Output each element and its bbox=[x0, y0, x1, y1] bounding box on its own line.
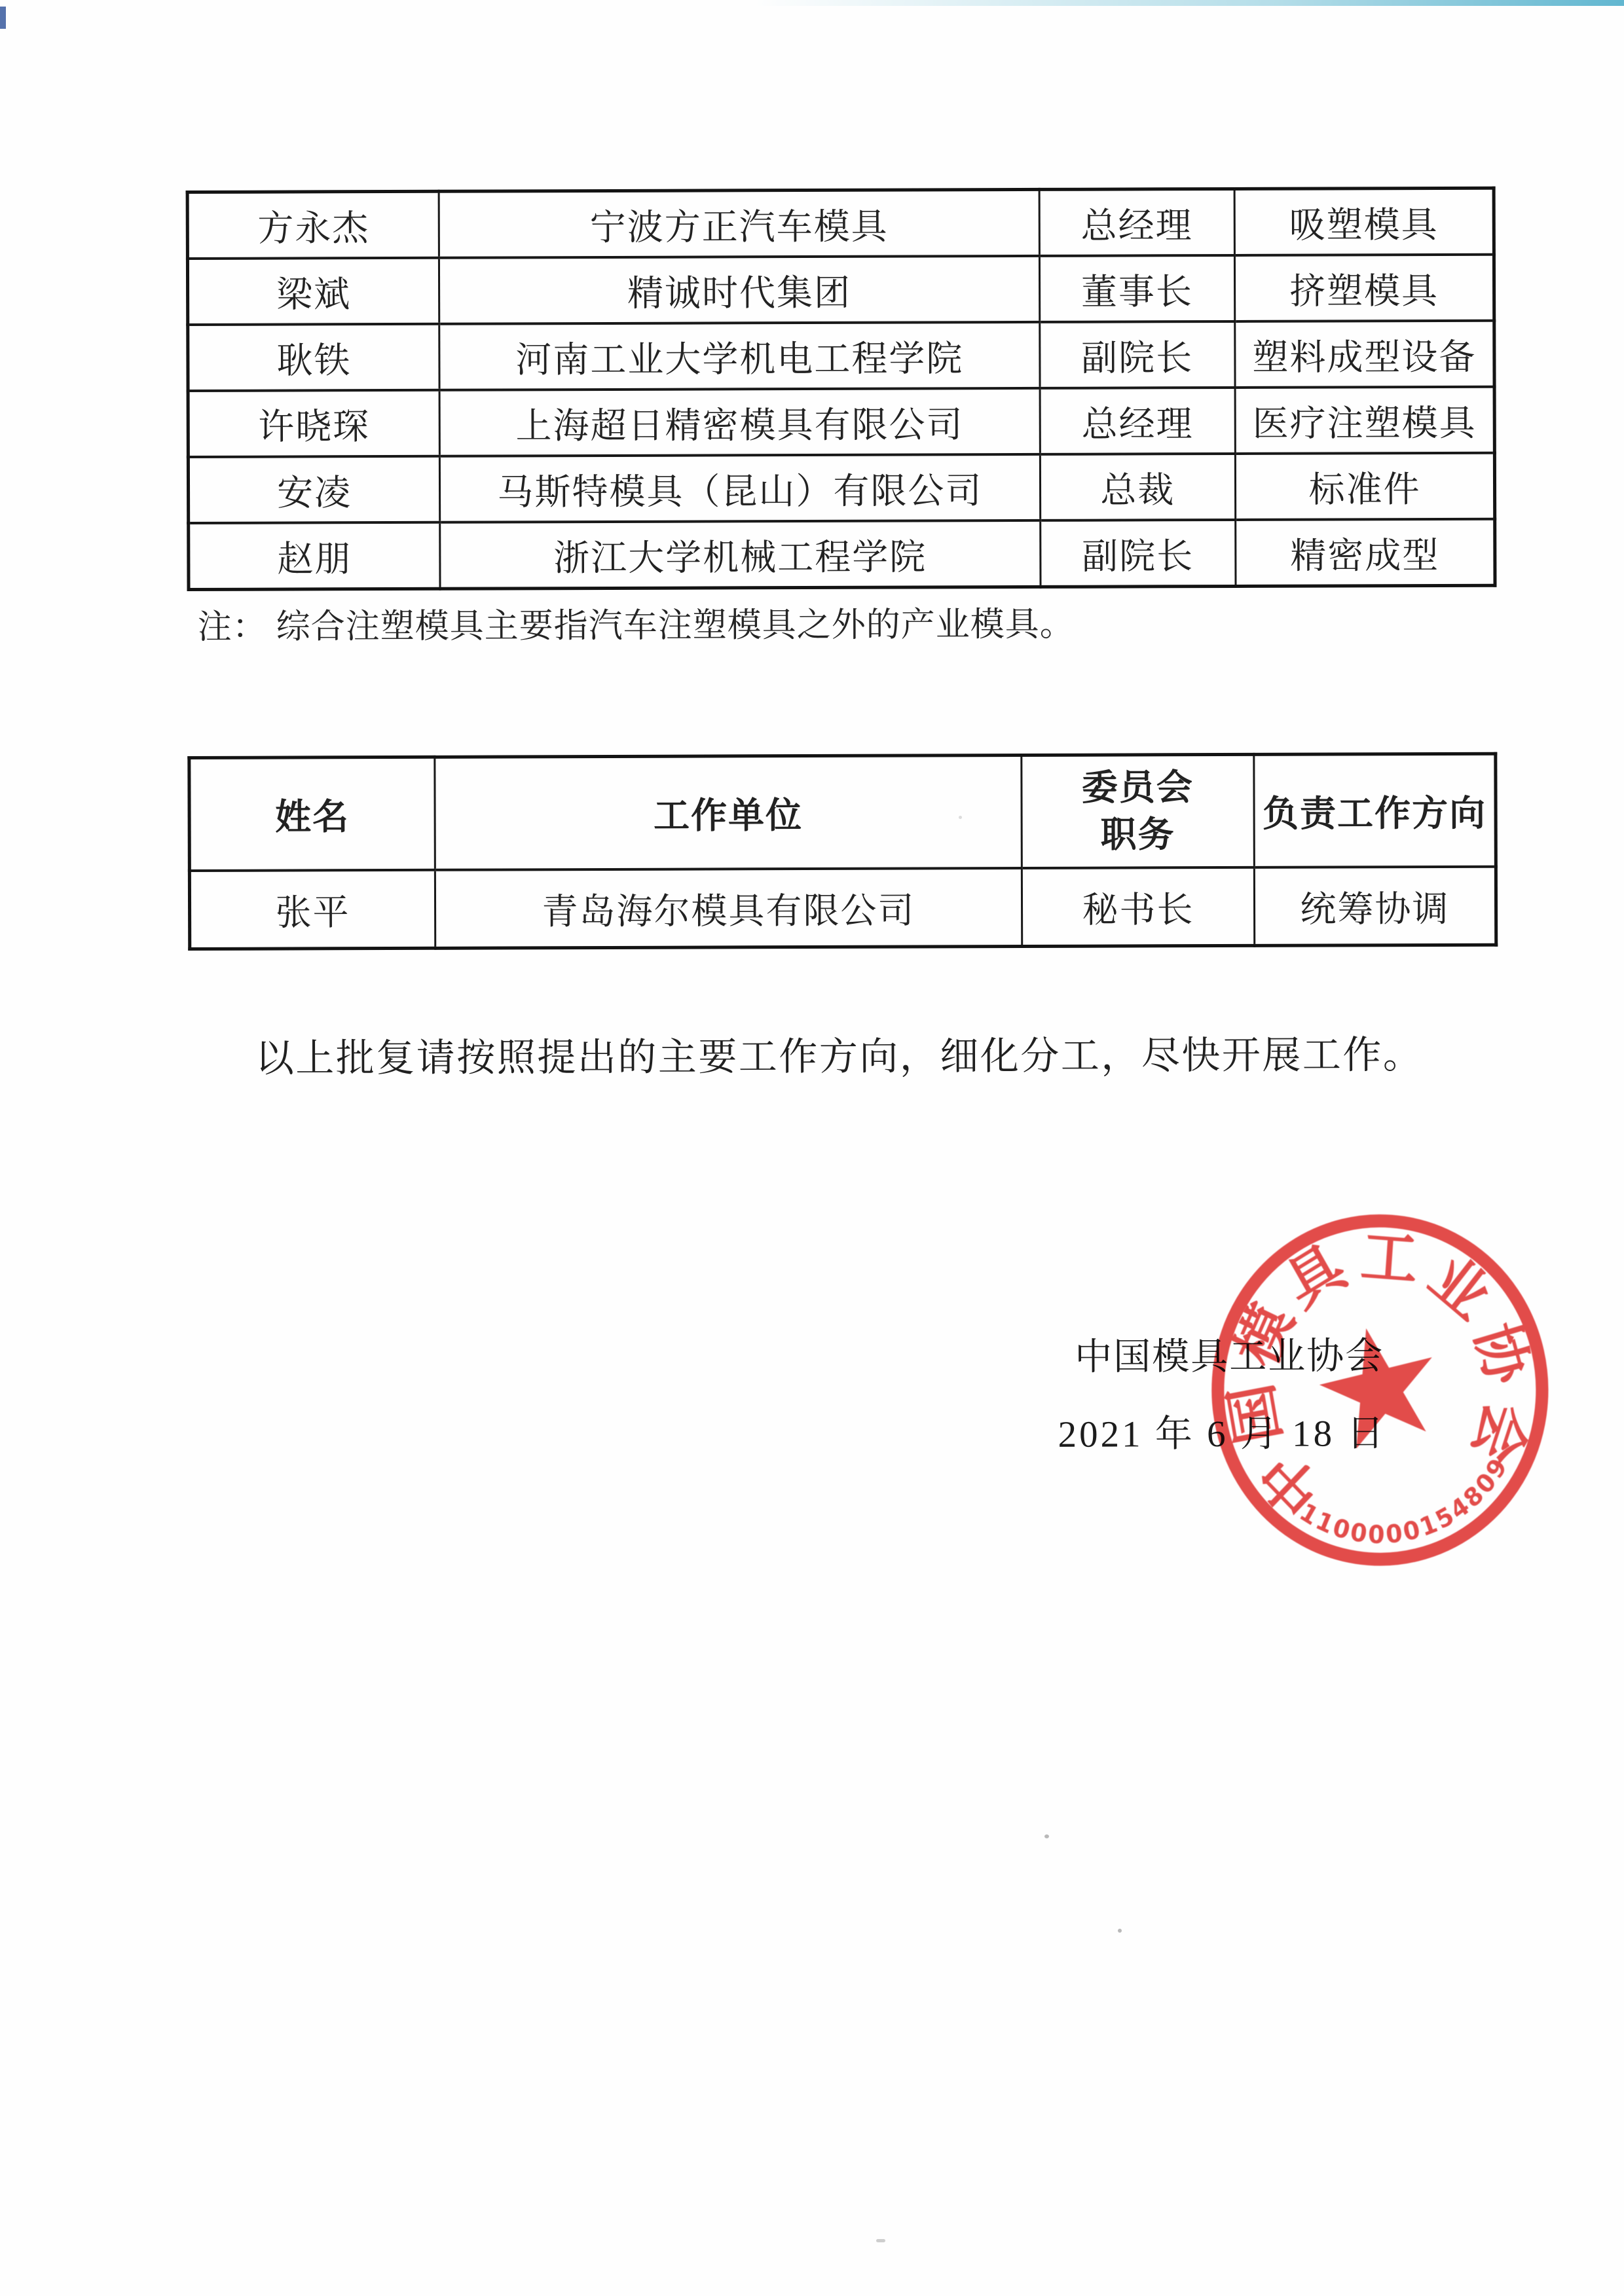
member-name: 许晓琛 bbox=[188, 390, 439, 457]
member-name: 赵朋 bbox=[189, 522, 440, 590]
members-table: 方永杰 宁波方正汽车模具 总经理 吸塑模具 梁斌 精诚时代集团 董事长 挤塑模具… bbox=[186, 187, 1497, 591]
member-company: 马斯特模具（昆山）有限公司 bbox=[439, 454, 1040, 522]
header-direction: 负责工作方向 bbox=[1254, 754, 1496, 867]
member-name: 方永杰 bbox=[187, 191, 439, 259]
header-committee-line1: 委员会 bbox=[1027, 764, 1247, 812]
table-row: 张平 青岛海尔模具有限公司 秘书长 统筹协调 bbox=[189, 866, 1496, 949]
member-company: 精诚时代集团 bbox=[439, 256, 1039, 324]
member-position: 董事长 bbox=[1039, 255, 1235, 322]
scanned-document-page: 方永杰 宁波方正汽车模具 总经理 吸塑模具 梁斌 精诚时代集团 董事长 挤塑模具… bbox=[0, 0, 1624, 2296]
table-header-row: 姓名 工作单位 委员会 职务 负责工作方向 bbox=[189, 754, 1496, 870]
official-seal-stamp: 中国模具工业协会1100000154809 bbox=[1200, 1203, 1559, 1577]
seal-serial-digit: 0 bbox=[1368, 1520, 1385, 1550]
member-position: 秘书长 bbox=[1022, 867, 1254, 946]
member-direction: 标准件 bbox=[1235, 453, 1494, 520]
header-committee-line2: 职务 bbox=[1027, 811, 1247, 859]
member-position: 副院长 bbox=[1040, 520, 1236, 587]
secretary-table: 姓名 工作单位 委员会 职务 负责工作方向 张平 青岛海尔模具有限公司 秘书长 … bbox=[187, 752, 1498, 951]
member-position: 总经理 bbox=[1039, 189, 1235, 255]
member-name: 梁斌 bbox=[187, 258, 439, 325]
member-name: 张平 bbox=[189, 869, 435, 949]
table-row: 梁斌 精诚时代集团 董事长 挤塑模具 bbox=[187, 255, 1494, 325]
member-company: 河南工业大学机电工程学院 bbox=[439, 322, 1040, 390]
scan-speck bbox=[959, 816, 962, 819]
member-company: 浙江大学机械工程学院 bbox=[440, 520, 1041, 589]
header-committee: 委员会 职务 bbox=[1022, 754, 1255, 867]
scan-speck bbox=[1044, 1834, 1049, 1838]
member-position: 总裁 bbox=[1040, 454, 1236, 520]
member-direction: 吸塑模具 bbox=[1234, 188, 1494, 255]
member-direction: 挤塑模具 bbox=[1234, 255, 1494, 321]
member-direction: 医疗注塑模具 bbox=[1235, 387, 1494, 454]
scanner-edge-artifact bbox=[0, 7, 6, 29]
table-row: 耿铁 河南工业大学机电工程学院 副院长 塑料成型设备 bbox=[188, 321, 1494, 391]
seal-graphic: 中国模具工业协会1100000154809 bbox=[1200, 1203, 1559, 1577]
table-row: 方永杰 宁波方正汽车模具 总经理 吸塑模具 bbox=[187, 188, 1494, 259]
scan-speck bbox=[1118, 1929, 1122, 1933]
closing-sentence: 以上批复请按照提出的主要工作方向，细化分工，尽快开展工作。 bbox=[255, 1023, 1424, 1083]
seal-serial-digit: 0 bbox=[1348, 1517, 1369, 1548]
footnote-text: 注： 综合注塑模具主要指汽车注塑模具之外的产业模具。 bbox=[198, 596, 1075, 648]
member-name: 安凌 bbox=[188, 456, 439, 523]
member-direction: 统筹协调 bbox=[1254, 866, 1496, 945]
member-company: 宁波方正汽车模具 bbox=[439, 189, 1039, 257]
member-name: 耿铁 bbox=[188, 324, 439, 391]
scan-speck bbox=[876, 2239, 885, 2242]
table-row: 赵朋 浙江大学机械工程学院 副院长 精密成型 bbox=[189, 519, 1495, 590]
seal-ring-character: 工 bbox=[1359, 1224, 1420, 1294]
member-company: 上海超日精密模具有限公司 bbox=[439, 388, 1040, 456]
document-content: 方永杰 宁波方正汽车模具 总经理 吸塑模具 梁斌 精诚时代集团 董事长 挤塑模具… bbox=[0, 0, 1624, 2296]
header-company: 工作单位 bbox=[435, 755, 1022, 869]
star-icon bbox=[1310, 1315, 1447, 1454]
table-row: 安凌 马斯特模具（昆山）有限公司 总裁 标准件 bbox=[188, 453, 1494, 523]
seal-ring-character: 国 bbox=[1220, 1379, 1292, 1449]
member-position: 副院长 bbox=[1039, 321, 1235, 388]
member-position: 总经理 bbox=[1040, 388, 1236, 454]
member-direction: 精密成型 bbox=[1236, 519, 1495, 587]
member-direction: 塑料成型设备 bbox=[1235, 321, 1494, 388]
scanner-streak-artifact bbox=[753, 0, 1624, 6]
header-name: 姓名 bbox=[189, 757, 435, 870]
table-row: 许晓琛 上海超日精密模具有限公司 总经理 医疗注塑模具 bbox=[188, 387, 1494, 457]
member-company: 青岛海尔模具有限公司 bbox=[435, 867, 1022, 948]
